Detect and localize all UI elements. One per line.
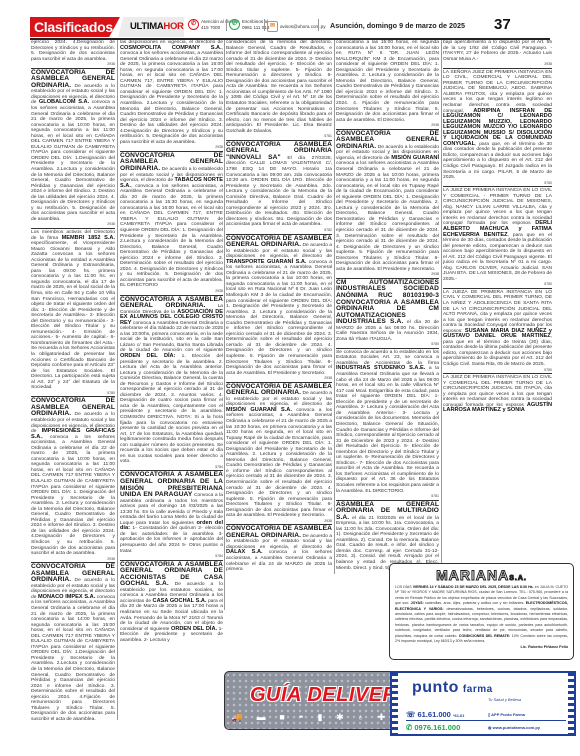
notice-globalcom: CONVOCATORIA DE ASAMBLEA GENERAL ORDINAR… bbox=[31, 70, 115, 223]
first-aid-icon: ✚ bbox=[378, 712, 386, 723]
column-4: convocatoria a las 15:00 horas, en segun… bbox=[336, 40, 439, 574]
page-number: 37 bbox=[494, 16, 511, 33]
punto-farma-app[interactable]: ▯ APP Punto Farma bbox=[488, 712, 525, 717]
column-6: bajo apercibimiento a lo dispuesto por e… bbox=[443, 40, 552, 574]
notice-membri: Los miembros activos del Directorio de l… bbox=[31, 230, 115, 391]
notice-multiradio: ASAMBLEA GENERAL ORDINARIA DE MULTIRADIO… bbox=[336, 502, 439, 572]
notice-text: convocatoria a las 15:00 horas, en segun… bbox=[336, 40, 439, 123]
punto-farma-tagline: Tu Salud y Bellesa bbox=[488, 697, 521, 702]
edict-leguizamon: LA SEÑORA JUEZ DE PRIMERA INSTANCIA EN L… bbox=[443, 70, 552, 181]
edict-diaz-nunez: LA JUEZA DE PRIMERA INSTANCIA EN LO CIVI… bbox=[443, 290, 552, 368]
edict-machuca: LA JUEZ DE PRIMERA INSTANCIA EN LO CIVIL… bbox=[443, 188, 552, 282]
column-3: consideración de la memoria del director… bbox=[226, 40, 332, 610]
notice-innovali: CONVOCATORIA ASAMBLEA GENERAL ORDINARIA … bbox=[226, 142, 332, 228]
notice-text: bajo apercibimiento a lo dispuesto por e… bbox=[443, 40, 552, 62]
notice-transporte-guarani: CONVOCATORIA DE ASAMBLEA GENERAL ORDINAR… bbox=[226, 236, 332, 377]
punto-farma-phone[interactable]: ☏ 61.61.000 *61.61 bbox=[406, 710, 465, 719]
phone-icon: ✆ bbox=[188, 19, 199, 30]
punto-farma-ad[interactable]: puntofarma Tu Salud y Bellesa ☏ 61.61.00… bbox=[390, 671, 576, 736]
notice-monaco-impex: CONVOCATORIA DE ASAMBLEA GENERAL ORDINAR… bbox=[31, 564, 115, 720]
mariana-ad-text: LOS DÍAS VIERNES 14 Y SÁBADO 15 DE MARZO… bbox=[395, 585, 568, 644]
notice-dalax: CONVOCATORIA DE ASAMBLEA GENERAL ORDINAR… bbox=[226, 526, 332, 572]
whatsapp-icon: ✆ bbox=[229, 19, 240, 30]
mariana-signature: Lic. Roberto Piñánez Feliú bbox=[395, 645, 568, 649]
notice-casa-gochal: CONVOCATORIA A ASAMBLEA GENERAL ORDINARI… bbox=[120, 562, 223, 644]
edict-larrosa: LA JUEZ DE PRIMERA INSTANCIA EN LO CIVIL… bbox=[443, 375, 552, 414]
column-2: las disposiciones en vigencia, el direct… bbox=[120, 40, 223, 708]
notice-mision-presbiteriana: CONVOCATORIA A ASAMBLEA GENERAL ORDINARI… bbox=[120, 472, 223, 554]
punto-farma-whatsapp[interactable]: ✆ 0976.161.000 bbox=[406, 723, 460, 732]
gift-icon: ■ bbox=[279, 712, 284, 723]
notice-cosmopolita: las disposiciones en vigencia, el direct… bbox=[120, 40, 223, 145]
notice-text: ejercicio 2024. 4.Designación de Directo… bbox=[31, 40, 115, 62]
publication-date: Asunción, domingo 9 de marzo de 2025 bbox=[330, 21, 465, 30]
notice-studenko: Se convoca de acuerdo a lo establecido e… bbox=[336, 350, 439, 494]
punto-farma-logo: puntofarma bbox=[412, 679, 493, 697]
mariana-logo: MARIANAS.A. bbox=[395, 567, 568, 583]
email-contact[interactable]: ✉ avisos@uhora.com.py bbox=[267, 21, 326, 32]
phone-icon: ☏ bbox=[406, 710, 417, 719]
mariana-auction-ad[interactable]: MARIANAS.A. LOS DÍAS VIERNES 14 Y SÁBADO… bbox=[389, 563, 574, 660]
pizza-icon: ▬ bbox=[257, 712, 266, 723]
stethoscope-icon: ♁ bbox=[357, 712, 364, 723]
truck-icon: 🚚 bbox=[232, 712, 243, 723]
section-title: Clasificados bbox=[30, 17, 120, 37]
notice-mision-guarani-2: CONVOCATORIA DE ASAMBLEA GENERAL ORDINAR… bbox=[336, 131, 439, 273]
notice-impresiones-graficas: CONVOCATORIA DE ASAMBLEA GENERAL ORDINAR… bbox=[31, 398, 115, 556]
notice-text: consideración de la memoria del director… bbox=[226, 40, 332, 134]
page-header: Clasificados ULTIMAHORA ✆ Atención al cl… bbox=[0, 15, 580, 37]
medical-icon: ✱ bbox=[336, 712, 344, 723]
notice-cm-automatizaciones: CM AUTOMATIZACIONES INDUSTRIALES SOCIEDA… bbox=[336, 280, 439, 342]
mail-icon: ✉ bbox=[267, 21, 278, 32]
newspaper-logo: ULTIMAHORA bbox=[118, 17, 184, 37]
notice-mision-guarani: CONVOCATORIA DE ASAMBLEA GENERAL ORDINAR… bbox=[226, 384, 332, 519]
bag-icon: ▮ bbox=[317, 712, 322, 723]
punto-farma-website[interactable]: ◍ www.puntofarma.com.py bbox=[488, 725, 540, 730]
notice-ex-alumnos-cristo-rey: CONVOCATORIA A ASAMBLEA GENERAL ORDINARI… bbox=[120, 297, 223, 465]
food-icon: ◓ bbox=[298, 712, 303, 723]
notice-tabacos-norte: CONVOCATORIA DE ASAMBLEA GENERAL ORDINAR… bbox=[120, 153, 223, 289]
column-1: ejercicio 2024. 4.Designación de Directo… bbox=[31, 40, 115, 720]
